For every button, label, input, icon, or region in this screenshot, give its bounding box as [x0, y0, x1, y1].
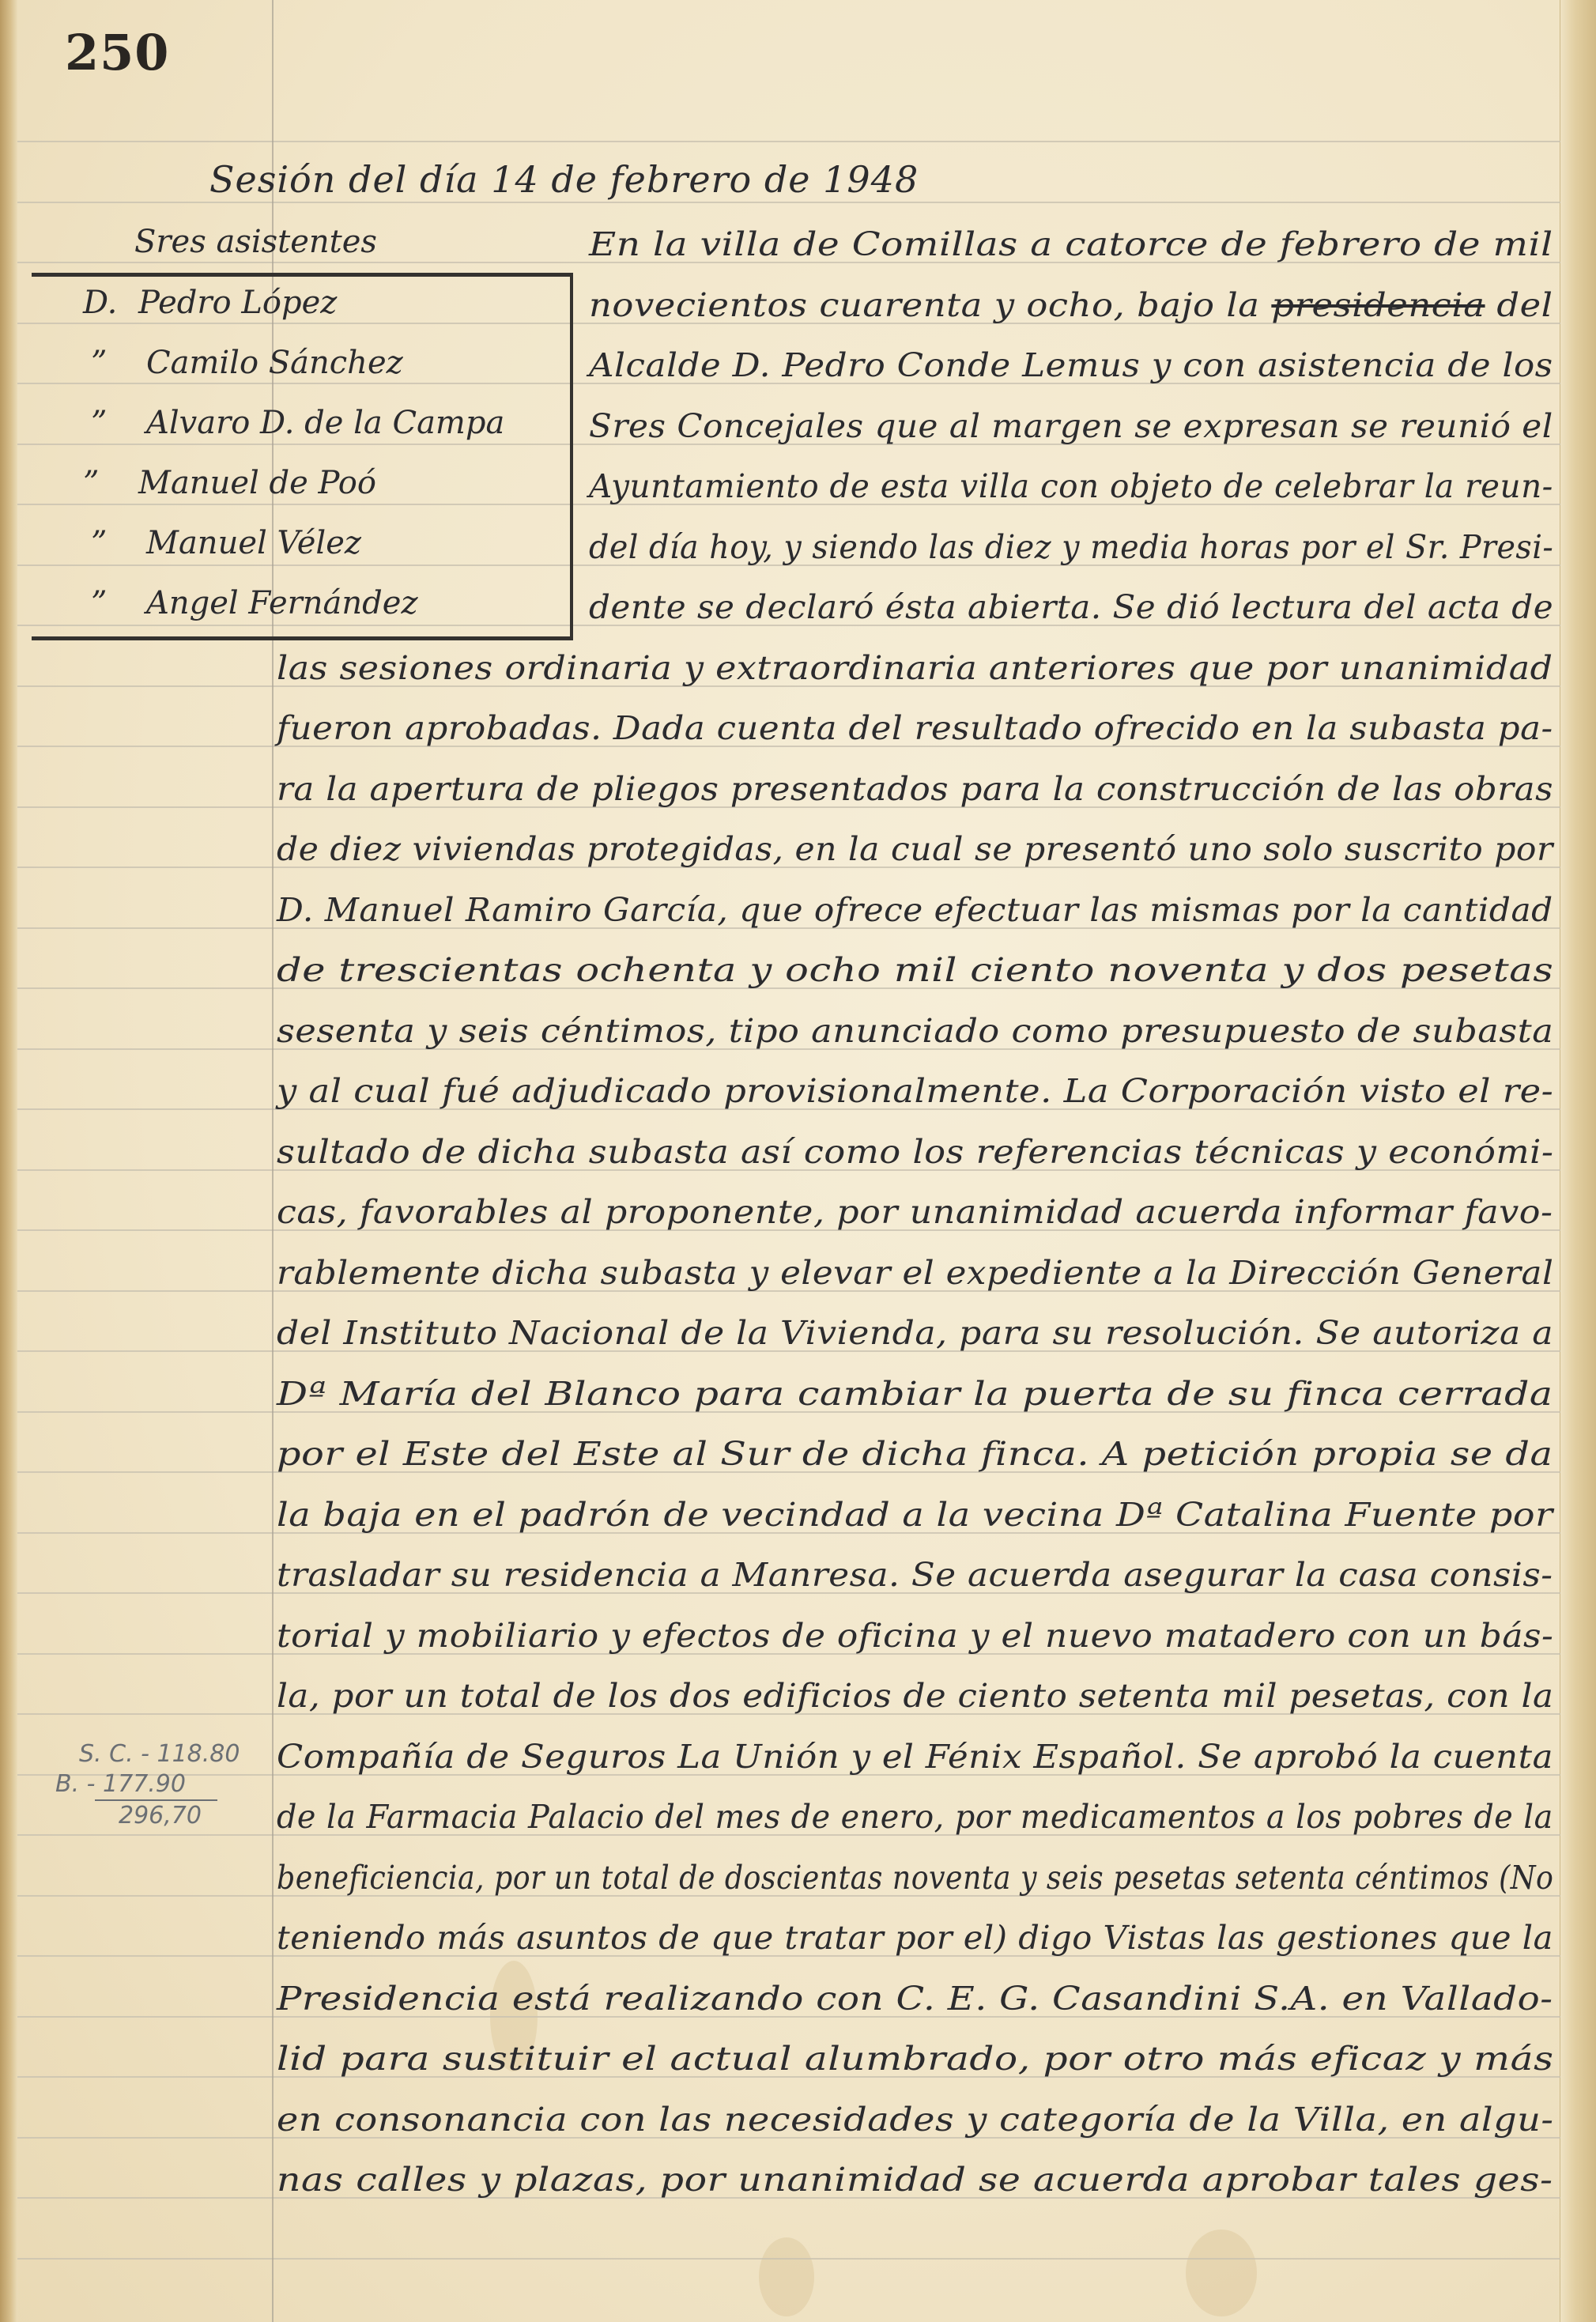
minutes-line: ra la apertura de pliegos presentados pa…: [277, 770, 1553, 808]
minutes-line: Alcalde D. Pedro Conde Lemus y con asist…: [589, 346, 1553, 384]
attendee-name: Alvaro D. de la Campa: [146, 405, 504, 441]
minutes-line: nas calles y plazas, por unanimidad se a…: [277, 2161, 1553, 2199]
attendee-entry: ”Alvaro D. de la Campa: [91, 405, 504, 441]
attendee-entry: D.Pedro López: [83, 285, 337, 321]
minutes-line: por el Este del Este al Sur de dicha fin…: [277, 1435, 1553, 1473]
attendee-name: Pedro López: [138, 285, 337, 321]
ruling-line: [17, 141, 1560, 142]
attendee-prefix: ”: [83, 465, 138, 501]
page-binding-edge: [0, 0, 17, 2322]
attendee-entry: ”Manuel Vélez: [91, 525, 361, 561]
minutes-line: de diez viviendas protegidas, en la cual…: [277, 830, 1553, 868]
minutes-line: sesenta y seis céntimos, tipo anunciado …: [277, 1012, 1553, 1050]
session-title: Sesión del día 14 de febrero de 1948: [209, 158, 919, 201]
minutes-line: dente se declaró ésta abierta. Se dió le…: [589, 588, 1553, 626]
minutes-line: trasladar su residencia a Manresa. Se ac…: [277, 1556, 1553, 1594]
attendee-name: Manuel Vélez: [146, 525, 361, 561]
minutes-line: y al cual fué adjudicado provisionalment…: [277, 1072, 1553, 1110]
attendee-prefix: ”: [91, 405, 146, 441]
attendee-prefix: ”: [91, 585, 146, 621]
minutes-line: En la villa de Comillas a catorce de feb…: [589, 225, 1553, 263]
page-right-edge: [1560, 0, 1596, 2322]
minutes-line: del día hoy, y siendo las diez y media h…: [589, 528, 1553, 566]
minutes-line: rablemente dicha subasta y elevar el exp…: [277, 1254, 1553, 1292]
minutes-line: Sres Concejales que al margen se expresa…: [589, 407, 1553, 445]
minutes-line: del Instituto Nacional de la Vivienda, p…: [277, 1314, 1553, 1352]
minutes-line: cas, favorables al proponente, por unani…: [277, 1193, 1553, 1231]
minutes-line: Ayuntamiento de esta villa con objeto de…: [589, 467, 1553, 505]
margin-calc-total: 296,70: [95, 1799, 217, 1831]
attendee-name: Angel Fernández: [146, 585, 418, 621]
paper-stain: [759, 2237, 814, 2316]
minutes-line: novecientos cuarenta y ocho, bajo la pre…: [589, 286, 1553, 324]
page-number: 250: [65, 24, 169, 81]
attendees-header: Sres asistentes: [134, 224, 377, 260]
minutes-line: beneficiencia, por un total de doscienta…: [277, 1859, 1553, 1897]
ruling-line: [17, 202, 1560, 203]
attendee-prefix: ”: [91, 525, 146, 561]
attendee-entry: ”Camilo Sánchez: [91, 345, 403, 381]
minutes-line: de trescientas ochenta y ocho mil ciento…: [277, 951, 1553, 989]
ruling-line: [17, 2258, 1560, 2260]
minutes-line: torial y mobiliario y efectos de oficina…: [277, 1617, 1553, 1655]
margin-calculation: S. C. - 118.80 B. - 177.90 296,70: [32, 1739, 240, 1831]
struck-word: presidencia: [1271, 286, 1485, 324]
minutes-line: en consonancia con las necesidades y cat…: [277, 2101, 1553, 2139]
ledger-page: 250 Sesión del día 14 de febrero de 1948…: [0, 0, 1596, 2322]
minutes-line: Dª María del Blanco para cambiar la puer…: [277, 1375, 1553, 1413]
minutes-line: de la Farmacia Palacio del mes de enero,…: [277, 1798, 1553, 1836]
attendee-entry: ”Angel Fernández: [91, 585, 418, 621]
minutes-line: las sesiones ordinaria y extraordinaria …: [277, 649, 1553, 687]
attendee-entry: ”Manuel de Poó: [83, 465, 376, 501]
minutes-line: D. Manuel Ramiro García, que ofrece efec…: [277, 891, 1553, 929]
minutes-line: Compañía de Seguros La Unión y el Fénix …: [277, 1738, 1553, 1776]
margin-calc-row: B. - 177.90: [55, 1769, 240, 1799]
minutes-line: la, por un total de los dos edificios de…: [277, 1677, 1553, 1715]
attendee-name: Manuel de Poó: [138, 465, 376, 501]
attendee-prefix: D.: [83, 285, 138, 321]
minutes-line: la baja en el padrón de vecindad a la ve…: [277, 1496, 1553, 1534]
attendee-prefix: ”: [91, 345, 146, 381]
paper-stain: [1186, 2229, 1257, 2316]
minutes-line: teniendo más asuntos de que tratar por e…: [277, 1919, 1553, 1957]
minutes-line: Presidencia está realizando con C. E. G.…: [277, 1980, 1553, 2018]
minutes-line: lid para sustituir el actual alumbrado, …: [277, 2040, 1554, 2078]
minutes-line: sultado de dicha subasta así como los re…: [277, 1133, 1554, 1171]
minutes-line: fueron aprobadas. Dada cuenta del result…: [277, 709, 1553, 747]
margin-calc-row: S. C. - 118.80: [79, 1739, 240, 1769]
attendee-name: Camilo Sánchez: [146, 345, 403, 381]
